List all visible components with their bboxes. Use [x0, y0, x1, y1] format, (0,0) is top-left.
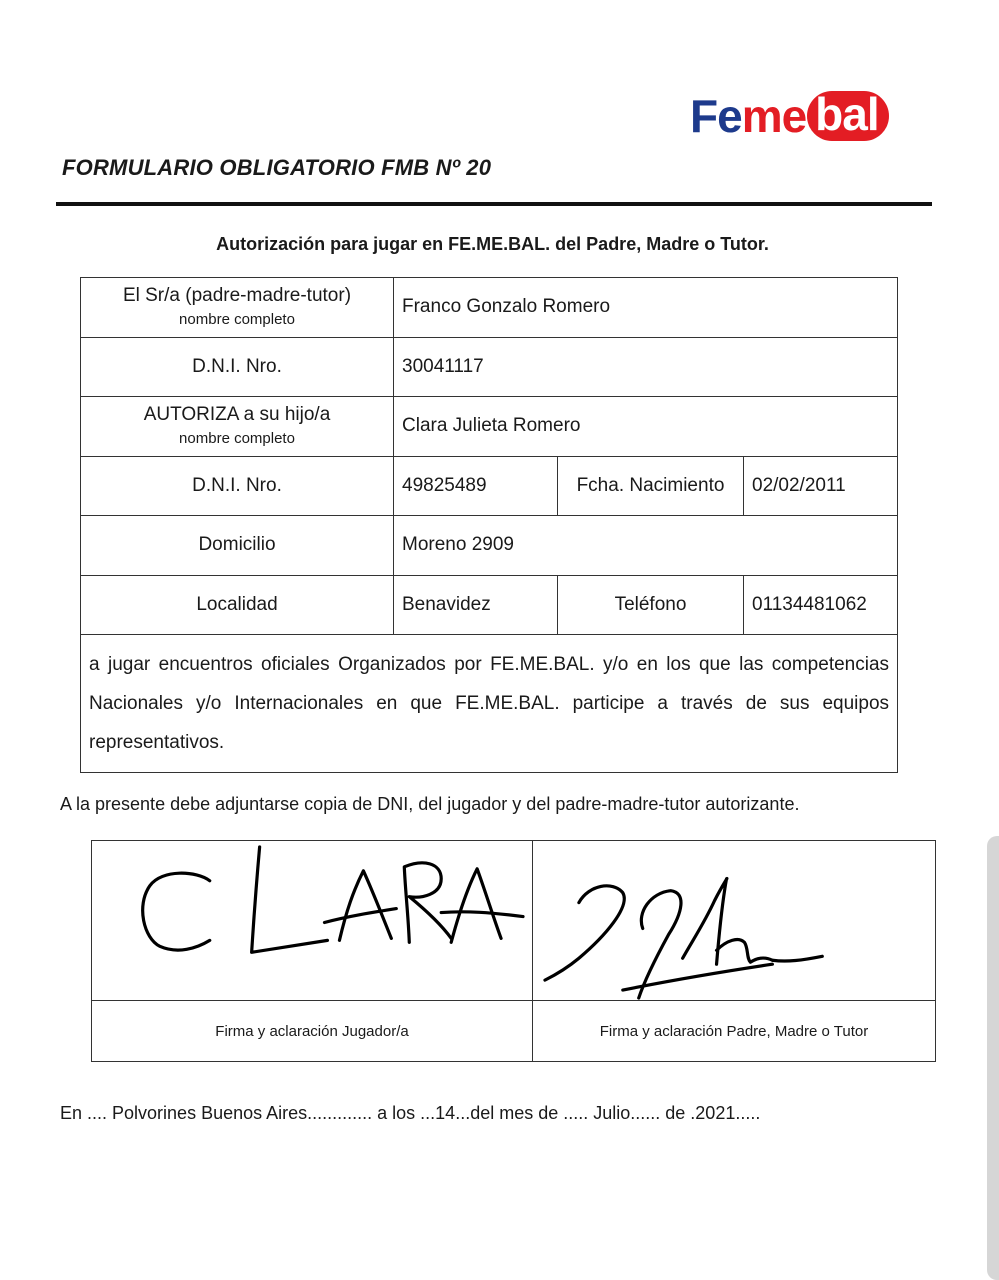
subtitle: Autorización para jugar en FE.ME.BAL. de…: [0, 234, 999, 255]
child-name-value: Clara Julieta Romero: [394, 397, 898, 457]
table-row: a jugar encuentros oficiales Organizados…: [81, 635, 898, 773]
sublabel-text: nombre completo: [81, 430, 393, 448]
table-row: D.N.I. Nro. 49825489 Fcha. Nacimiento 02…: [81, 456, 898, 516]
guardian-signature-label: Firma y aclaración Padre, Madre o Tutor: [533, 1001, 936, 1062]
logo-me: me: [742, 89, 806, 143]
authorization-text: a jugar encuentros oficiales Organizados…: [81, 635, 898, 773]
form-title: FORMULARIO OBLIGATORIO FMB Nº 20: [62, 155, 491, 181]
authorization-table: El Sr/a (padre-madre-tutor) nombre compl…: [80, 277, 898, 773]
parent-dni-label: D.N.I. Nro.: [81, 337, 394, 397]
sublabel-text: nombre completo: [81, 311, 393, 329]
birth-date-value: 02/02/2011: [744, 456, 898, 516]
child-dni-value: 49825489: [394, 456, 558, 516]
locality-value: Benavidez: [394, 575, 558, 635]
table-row: Domicilio Moreno 2909: [81, 516, 898, 576]
child-name-label: AUTORIZA a su hijo/a nombre completo: [81, 397, 394, 457]
subtitle-text: Autorización para jugar en FE.ME.BAL. de…: [216, 234, 769, 255]
player-signature-box: [92, 841, 533, 1001]
parent-name-label: El Sr/a (padre-madre-tutor) nombre compl…: [81, 278, 394, 338]
femebal-logo: Femebal: [690, 88, 889, 144]
locality-label: Localidad: [81, 575, 394, 635]
label-text: El Sr/a (padre-madre-tutor): [81, 285, 393, 307]
player-signature-drawing: [92, 841, 532, 1000]
closing-statement: En .... Polvorines Buenos Aires.........…: [60, 1103, 760, 1124]
parent-name-value: Franco Gonzalo Romero: [394, 278, 898, 338]
scrollbar-handle[interactable]: [987, 836, 999, 1280]
table-row: El Sr/a (padre-madre-tutor) nombre compl…: [81, 278, 898, 338]
signature-table: Firma y aclaración Jugador/a Firma y acl…: [91, 840, 936, 1062]
table-row: D.N.I. Nro. 30041117: [81, 337, 898, 397]
label-text: AUTORIZA a su hijo/a: [81, 404, 393, 426]
address-value: Moreno 2909: [394, 516, 898, 576]
birth-date-label: Fcha. Nacimiento: [558, 456, 744, 516]
logo-fe: Fe: [690, 89, 742, 143]
phone-label: Teléfono: [558, 575, 744, 635]
guardian-signature-drawing: [533, 841, 935, 1000]
logo-bal: bal: [807, 91, 888, 141]
attachment-note: A la presente debe adjuntarse copia de D…: [60, 794, 799, 815]
phone-value: 01134481062: [744, 575, 898, 635]
table-row: AUTORIZA a su hijo/a nombre completo Cla…: [81, 397, 898, 457]
guardian-signature-box: [533, 841, 936, 1001]
address-label: Domicilio: [81, 516, 394, 576]
parent-dni-value: 30041117: [394, 337, 898, 397]
player-signature-label: Firma y aclaración Jugador/a: [92, 1001, 533, 1062]
document-page: Femebal FORMULARIO OBLIGATORIO FMB Nº 20…: [0, 0, 999, 1280]
title-divider: [56, 202, 932, 206]
child-dni-label: D.N.I. Nro.: [81, 456, 394, 516]
table-row: Localidad Benavidez Teléfono 01134481062: [81, 575, 898, 635]
